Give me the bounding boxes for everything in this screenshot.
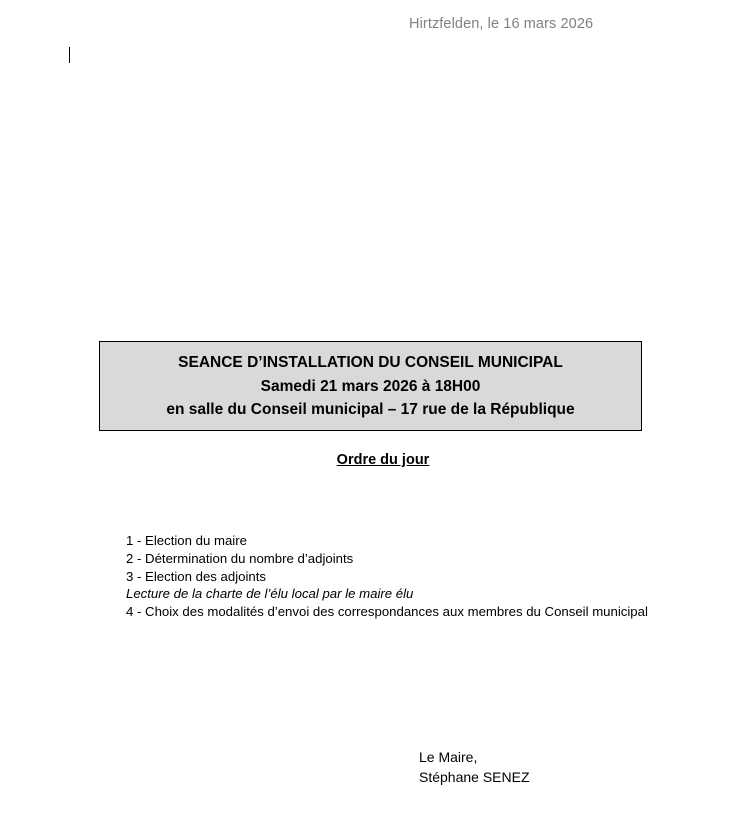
agenda-list: 1 - Election du maire 2 - Détermination …: [126, 532, 648, 621]
signature-block: Le Maire, Stéphane SENEZ: [419, 747, 530, 787]
signature-name: Stéphane SENEZ: [419, 767, 530, 787]
agenda-title: Ordre du jour: [0, 452, 741, 468]
meeting-datetime: Samedi 21 mars 2026 à 18H00: [261, 375, 481, 399]
meeting-title: SEANCE D’INSTALLATION DU CONSEIL MUNICIP…: [178, 351, 563, 375]
signature-title: Le Maire,: [419, 747, 530, 767]
agenda-item: 4 - Choix des modalités d’envoi des corr…: [126, 603, 648, 621]
place-date: Hirtzfelden, le 16 mars 2026: [409, 16, 593, 32]
meeting-location: en salle du Conseil municipal – 17 rue d…: [166, 398, 574, 422]
agenda-item: 2 - Détermination du nombre d’adjoints: [126, 550, 648, 568]
agenda-item: 1 - Election du maire: [126, 532, 648, 550]
agenda-item: 3 - Election des adjoints: [126, 568, 648, 586]
meeting-header-box: SEANCE D’INSTALLATION DU CONSEIL MUNICIP…: [99, 341, 642, 431]
agenda-note: Lecture de la charte de l’élu local par …: [126, 585, 648, 603]
text-cursor: [69, 47, 70, 63]
